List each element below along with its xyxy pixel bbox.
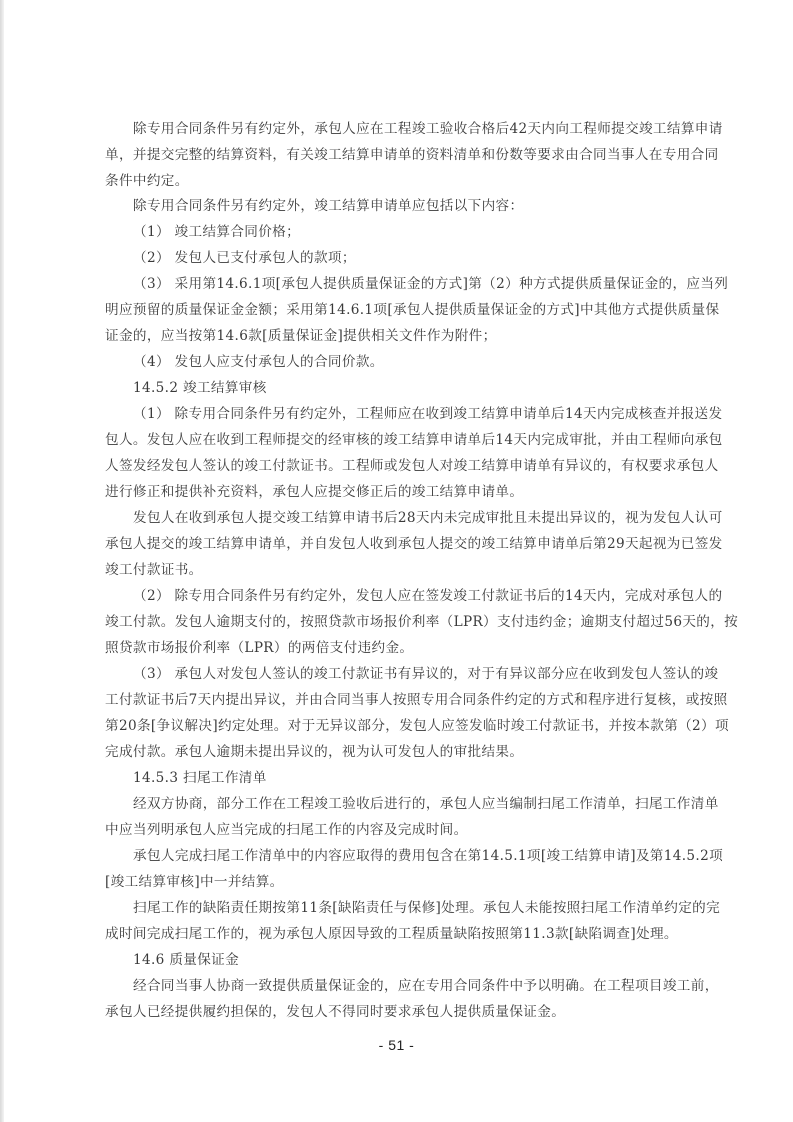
paragraph-line: 经双方协商，部分工作在工程竣工验收后进行的，承包人应当编制扫尾工作清单，扫尾工作… <box>133 793 693 815</box>
paragraph-line: 除专用合同条件另有约定外，承包人应在工程竣工验收合格后42天内向工程师提交竣工结… <box>133 118 693 140</box>
paragraph-line: 进行修正和提供补充资料，承包人应提交修正后的竣工结算申请单。 <box>105 481 693 503</box>
page-number: - 51 - <box>0 1037 793 1053</box>
paragraph-line: 条件中约定。 <box>105 170 693 192</box>
paragraph-line: 承包人完成扫尾工作清单中的内容应取得的费用包含在第14.5.1项[竣工结算申请]… <box>133 845 693 867</box>
paragraph-line: 经合同当事人协商一致提供质量保证金的，应在专用合同条件中予以明确。在工程项目竣工… <box>133 975 693 997</box>
paragraph-line: 扫尾工作的缺陷责任期按第11条[缺陷责任与保修]处理。承包人未能按照扫尾工作清单… <box>133 897 693 919</box>
paragraph-line: 成时间完成扫尾工作的，视为承包人原因导致的工程质量缺陷按照第11.3款[缺陷调查… <box>105 923 693 945</box>
paragraph-line: 工付款证书后7天内提出异议，并由合同当事人按照专用合同条件约定的方式和程序进行复… <box>105 689 693 711</box>
paragraph-line: 明应预留的质量保证金金额；采用第14.6.1项[承包人提供质量保证金的方式]中其… <box>105 299 693 321</box>
section-heading-14-5-2: 14.5.2 竣工结算审核 <box>133 377 693 399</box>
list-item-4: （4） 发包人应支付承包人的合同价款。 <box>133 351 693 373</box>
paragraph-line: 证金的，应当按第14.6款[质量保证金]提供相关文件作为附件； <box>105 325 693 347</box>
paragraph-line: 中应当列明承包人应当完成的扫尾工作的内容及完成时间。 <box>105 819 693 841</box>
paragraph-line: （3） 承包人对发包人签认的竣工付款证书有异议的，对于有异议部分应在收到发包人签… <box>133 663 693 685</box>
list-item-2: （2） 发包人已支付承包人的款项； <box>133 247 693 269</box>
paragraph-line: 竣工付款证书。 <box>105 559 693 581</box>
paragraph-line: [竣工结算审核]中一并结算。 <box>105 871 693 893</box>
paragraph-line: （2） 除专用合同条件另有约定外，发包人应在签发竣工付款证书后的14天内，完成对… <box>133 585 693 607</box>
paragraph-line: 完成付款。承包人逾期未提出异议的，视为认可发包人的审批结果。 <box>105 741 693 763</box>
paragraph-line: 竣工付款。发包人逾期支付的，按照贷款市场报价利率（LPR）支付违约金；逾期支付超… <box>105 611 693 633</box>
document-page: 除专用合同条件另有约定外，承包人应在工程竣工验收合格后42天内向工程师提交竣工结… <box>0 0 793 1122</box>
paragraph-line: 除专用合同条件另有约定外，竣工结算申请单应包括以下内容： <box>133 195 693 217</box>
section-heading-14-5-3: 14.5.3 扫尾工作清单 <box>133 767 693 789</box>
paragraph-line: 包人。发包人应在收到工程师提交的经审核的竣工结算申请单后14天内完成审批，并由工… <box>105 429 693 451</box>
paragraph-line: 发包人在收到承包人提交竣工结算申请书后28天内未完成审批且未提出异议的，视为发包… <box>133 507 693 529</box>
paragraph-line: 第20条[争议解决]约定处理。对于无异议部分，发包人应签发临时竣工付款证书，并按… <box>105 715 693 737</box>
paragraph-line: （1） 除专用合同条件另有约定外，工程师应在收到竣工结算申请单后14天内完成核查… <box>133 403 693 425</box>
section-heading-14-6: 14.6 质量保证金 <box>133 949 693 971</box>
paragraph-line: 单，并提交完整的结算资料，有关竣工结算申请单的资料清单和份数等要求由合同当事人在… <box>105 144 693 166</box>
list-item-1: （1） 竣工结算合同价格； <box>133 221 693 243</box>
paragraph-line: 人签发经发包人签认的竣工付款证书。工程师或发包人对竣工结算申请单有异议的，有权要… <box>105 455 693 477</box>
list-item-3: （3） 采用第14.6.1项[承包人提供质量保证金的方式]第（2）种方式提供质量… <box>133 273 693 295</box>
paragraph-line: 照贷款市场报价利率（LPR）的两倍支付违约金。 <box>105 637 693 659</box>
paragraph-line: 承包人提交的竣工结算申请单，并自发包人收到承包人提交的竣工结算申请单后第29天起… <box>105 533 693 555</box>
paragraph-line: 承包人已经提供履约担保的，发包人不得同时要求承包人提供质量保证金。 <box>105 1001 693 1023</box>
